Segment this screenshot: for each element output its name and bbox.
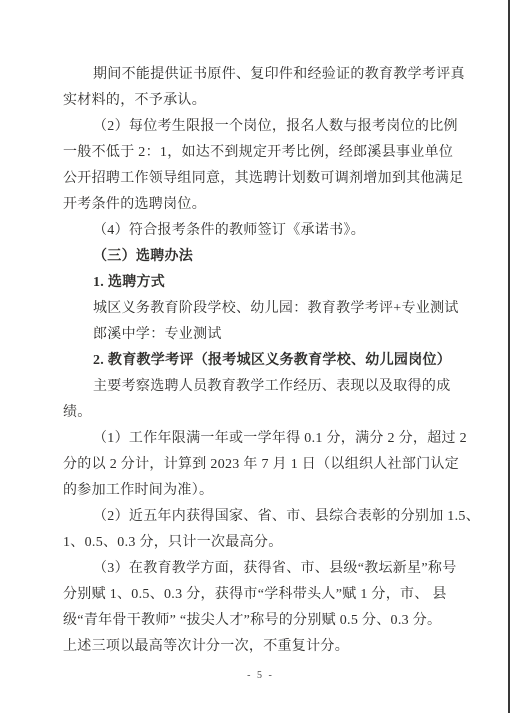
page-number: - 5 - [63,670,458,681]
text-line: （4）符合报考条件的教师签订《承诺书》。 [63,218,458,244]
text-line: 分别赋 1、0.5、0.3 分，获得市“学科带头人”赋 1 分，市、 县 [63,582,458,608]
text-line: （2）每位考生限报一个岗位，报名人数与报考岗位的比例 [63,114,458,140]
text-line: 郎溪中学：专业测试 [63,322,458,348]
text-line: 开考条件的选聘岗位。 [63,192,458,218]
text-line: 1、0.5、0.3 分，只计一次最高分。 [63,530,458,556]
text-line: （1）工作年限满一年或一学年得 0.1 分，满分 2 分，超过 2 [63,426,458,452]
text-line: 绩。 [63,400,458,426]
text-line: 实材料的，不予承认。 [63,88,458,114]
subsection-heading: 2. 教育教学考评（报考城区义务教育学校、幼儿园岗位） [63,348,458,374]
text-line: 一般不低于 2：1，如达不到规定开考比例，经郎溪县事业单位 [63,140,458,166]
section-heading: （三）选聘办法 [63,244,458,270]
text-line: 公开招聘工作领导组同意，其选聘计划数可调剂增加到其他满足 [63,166,458,192]
text-line: 主要考察选聘人员教育教学工作经历、表现以及取得的成 [63,374,458,400]
text-line: 的参加工作时间为准）。 [63,478,458,504]
text-line: （3）在教育教学方面，获得省、市、县级“教坛新星”称号 [63,556,458,582]
subsection-heading: 1. 选聘方式 [63,270,458,296]
text-line: 级“青年骨干教师” “拔尖人才”称号的分别赋 0.5 分、0.3 分。 [63,608,458,634]
page-edge-line [508,0,510,713]
text-line: 上述三项以最高等次计分一次，不重复计分。 [63,634,458,660]
text-line: 期间不能提供证书原件、复印件和经验证的教育教学考评真 [63,62,458,88]
text-line: 城区义务教育阶段学校、幼儿园：教育教学考评+专业测试 [63,296,458,322]
document-page: 期间不能提供证书原件、复印件和经验证的教育教学考评真 实材料的，不予承认。 （2… [63,62,458,681]
text-line: （2）近五年内获得国家、省、市、县综合表彰的分别加 1.5、 [63,504,458,530]
text-line: 分的以 2 分计，计算到 2023 年 7 月 1 日（以组织人社部门认定 [63,452,458,478]
